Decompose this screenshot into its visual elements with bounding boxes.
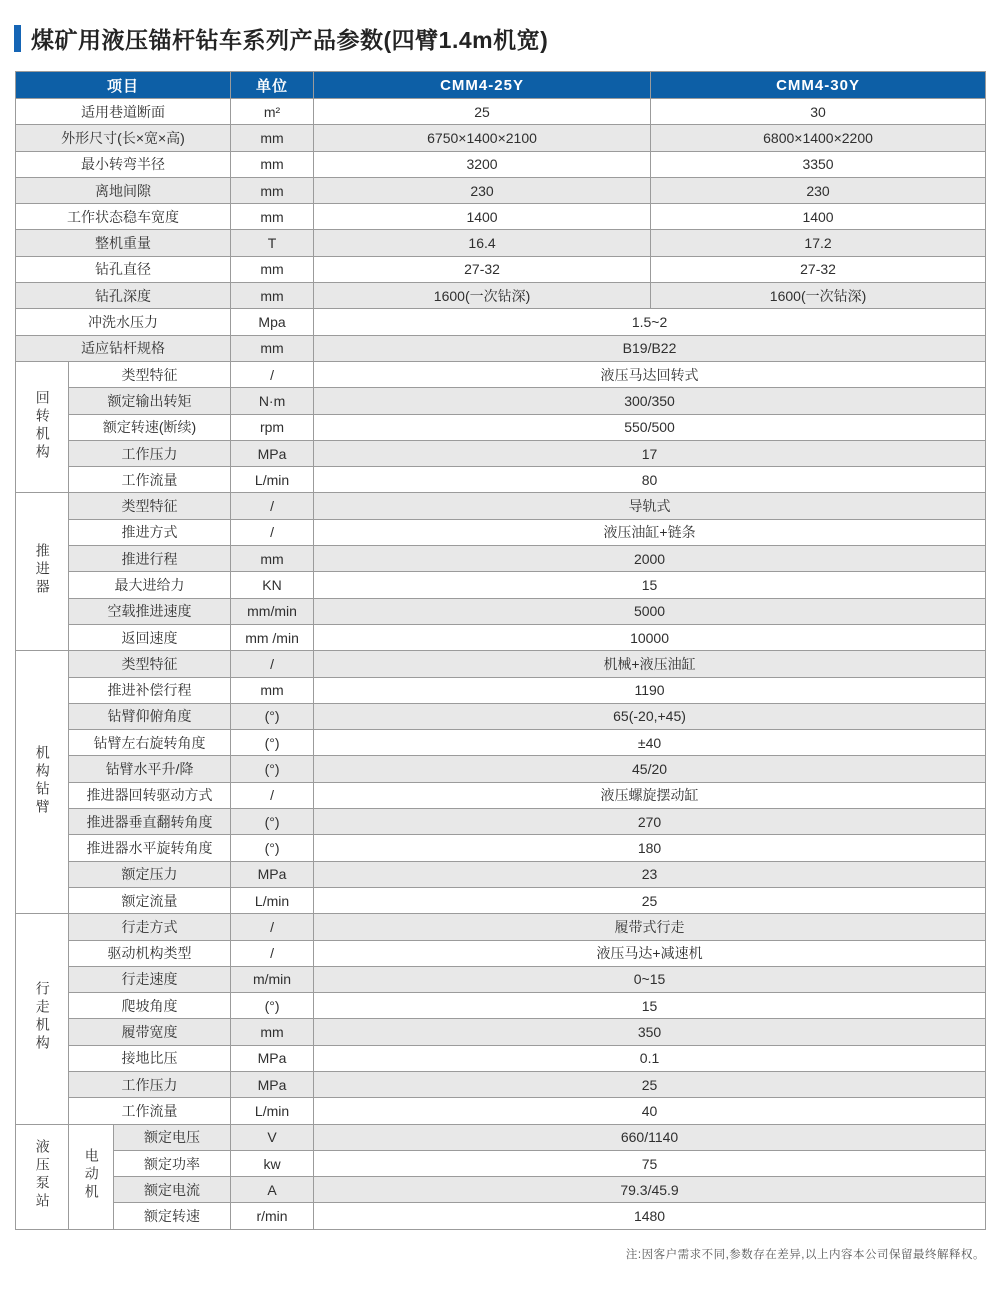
item-cell: 冲洗水压力 [16, 309, 231, 335]
item-cell: 推进行程 [69, 546, 231, 572]
table-row: 接地比压MPa0.1 [16, 1045, 986, 1071]
item-cell: 空载推进速度 [69, 598, 231, 624]
table-row: 推进器回转驱动方式/液压螺旋摆动缸 [16, 782, 986, 808]
unit-cell: (°) [231, 730, 314, 756]
unit-cell: mm [231, 546, 314, 572]
value-cell-merged: 350 [314, 1019, 986, 1045]
unit-cell: L/min [231, 887, 314, 913]
item-cell: 钻臂左右旋转角度 [69, 730, 231, 756]
group-cell: 机构钻臂 [16, 651, 69, 914]
table-row: 钻臂左右旋转角度(°)±40 [16, 730, 986, 756]
value-cell-merged: 25 [314, 1071, 986, 1097]
table-row: 整机重量T16.417.2 [16, 230, 986, 256]
value-cell-merged: 25 [314, 887, 986, 913]
unit-cell: mm/min [231, 598, 314, 624]
table-row: 返回速度mm /min10000 [16, 624, 986, 650]
unit-cell: mm [231, 125, 314, 151]
unit-cell: / [231, 914, 314, 940]
value-cell: 6800×1400×2200 [651, 125, 986, 151]
unit-cell: mm [231, 677, 314, 703]
unit-cell: V [231, 1124, 314, 1150]
unit-cell: m/min [231, 966, 314, 992]
table-row: 离地间隙mm230230 [16, 177, 986, 203]
table-row: 额定转速r/min1480 [16, 1203, 986, 1229]
table-row: 适应钻杆规格mmB19/B22 [16, 335, 986, 361]
value-cell-merged: 270 [314, 809, 986, 835]
item-cell: 整机重量 [16, 230, 231, 256]
table-row: 推进器水平旋转角度(°)180 [16, 835, 986, 861]
item-cell: 推进器回转驱动方式 [69, 782, 231, 808]
value-cell-merged: 660/1140 [314, 1124, 986, 1150]
unit-cell: Mpa [231, 309, 314, 335]
value-cell: 230 [314, 177, 651, 203]
group-cell: 行走机构 [16, 914, 69, 1124]
item-cell: 工作状态稳车宽度 [16, 204, 231, 230]
unit-cell: KN [231, 572, 314, 598]
value-cell-merged: 15 [314, 572, 986, 598]
table-row: 额定电流A79.3/45.9 [16, 1177, 986, 1203]
unit-cell: mm [231, 151, 314, 177]
unit-cell: T [231, 230, 314, 256]
unit-cell: (°) [231, 835, 314, 861]
unit-cell: mm [231, 204, 314, 230]
item-cell: 额定电流 [114, 1177, 231, 1203]
value-cell-merged: 液压油缸+链条 [314, 519, 986, 545]
value-cell: 1600(一次钻深) [651, 283, 986, 309]
item-cell: 钻臂水平升/降 [69, 756, 231, 782]
value-cell-merged: 300/350 [314, 388, 986, 414]
title-accent-bar [14, 25, 21, 52]
table-row: 推进器类型特征/导轨式 [16, 493, 986, 519]
group-cell: 液压泵站 [16, 1124, 69, 1229]
value-cell-merged: 履带式行走 [314, 914, 986, 940]
unit-cell: MPa [231, 1071, 314, 1097]
value-cell: 1400 [314, 204, 651, 230]
header-row: 项目 单位 CMM4-25Y CMM4-30Y [16, 72, 986, 99]
table-row: 行走速度m/min0~15 [16, 966, 986, 992]
item-cell: 类型特征 [69, 651, 231, 677]
subgroup-label: 电动机 [83, 1148, 98, 1202]
group-label: 机构钻臂 [34, 745, 49, 817]
item-cell: 额定功率 [114, 1150, 231, 1176]
value-cell: 6750×1400×2100 [314, 125, 651, 151]
value-cell-merged: 40 [314, 1098, 986, 1124]
col-header-model-cmm4-25y: CMM4-25Y [314, 72, 651, 99]
value-cell-merged: 180 [314, 835, 986, 861]
table-row: 工作压力MPa17 [16, 440, 986, 466]
group-label: 行走机构 [34, 981, 49, 1053]
unit-cell: (°) [231, 703, 314, 729]
item-cell: 钻孔直径 [16, 256, 231, 282]
unit-cell: L/min [231, 467, 314, 493]
table-row: 行走机构行走方式/履带式行走 [16, 914, 986, 940]
group-cell: 推进器 [16, 493, 69, 651]
unit-cell: MPa [231, 1045, 314, 1071]
item-cell: 额定转速(断续) [69, 414, 231, 440]
table-row: 外形尺寸(长×宽×高)mm6750×1400×21006800×1400×220… [16, 125, 986, 151]
unit-cell: mm [231, 1019, 314, 1045]
col-header-model-cmm4-30y: CMM4-30Y [651, 72, 986, 99]
value-cell-merged: 80 [314, 467, 986, 493]
table-row: 适用巷道断面m²2530 [16, 99, 986, 125]
unit-cell: mm /min [231, 624, 314, 650]
value-cell-merged: 17 [314, 440, 986, 466]
unit-cell: (°) [231, 993, 314, 1019]
value-cell-merged: 1480 [314, 1203, 986, 1229]
value-cell-merged: 1.5~2 [314, 309, 986, 335]
item-cell: 推进方式 [69, 519, 231, 545]
table-row: 额定流量L/min25 [16, 887, 986, 913]
subgroup-cell: 电动机 [69, 1124, 114, 1229]
value-cell: 1600(一次钻深) [314, 283, 651, 309]
value-cell-merged: B19/B22 [314, 335, 986, 361]
unit-cell: (°) [231, 756, 314, 782]
unit-cell: (°) [231, 809, 314, 835]
value-cell: 30 [651, 99, 986, 125]
unit-cell: / [231, 940, 314, 966]
item-cell: 工作压力 [69, 1071, 231, 1097]
item-cell: 工作流量 [69, 1098, 231, 1124]
table-row: 工作流量L/min40 [16, 1098, 986, 1124]
unit-cell: rpm [231, 414, 314, 440]
item-cell: 适应钻杆规格 [16, 335, 231, 361]
table-row: 爬坡角度(°)15 [16, 993, 986, 1019]
table-row: 推进补偿行程mm1190 [16, 677, 986, 703]
item-cell: 返回速度 [69, 624, 231, 650]
value-cell-merged: 液压马达+减速机 [314, 940, 986, 966]
unit-cell: m² [231, 99, 314, 125]
table-row: 钻孔直径mm27-3227-32 [16, 256, 986, 282]
table-row: 额定压力MPa23 [16, 861, 986, 887]
item-cell: 额定流量 [69, 887, 231, 913]
unit-cell: kw [231, 1150, 314, 1176]
table-row: 工作状态稳车宽度mm14001400 [16, 204, 986, 230]
value-cell-merged: 液压马达回转式 [314, 361, 986, 387]
table-row: 工作流量L/min80 [16, 467, 986, 493]
item-cell: 推进器水平旋转角度 [69, 835, 231, 861]
table-row: 最小转弯半径mm32003350 [16, 151, 986, 177]
col-header-unit: 单位 [231, 72, 314, 99]
value-cell-merged: ±40 [314, 730, 986, 756]
unit-cell: / [231, 519, 314, 545]
value-cell: 3200 [314, 151, 651, 177]
item-cell: 外形尺寸(长×宽×高) [16, 125, 231, 151]
unit-cell: MPa [231, 861, 314, 887]
value-cell: 27-32 [651, 256, 986, 282]
value-cell-merged: 机械+液压油缸 [314, 651, 986, 677]
page-title: 煤矿用液压锚杆钻车系列产品参数(四臂1.4m机宽) [31, 22, 548, 55]
table-row: 机构钻臂类型特征/机械+液压油缸 [16, 651, 986, 677]
unit-cell: mm [231, 177, 314, 203]
item-cell: 最大进给力 [69, 572, 231, 598]
value-cell: 27-32 [314, 256, 651, 282]
value-cell: 1400 [651, 204, 986, 230]
value-cell-merged: 液压螺旋摆动缸 [314, 782, 986, 808]
spec-table: 项目 单位 CMM4-25Y CMM4-30Y 适用巷道断面m²2530外形尺寸… [15, 71, 986, 1230]
page: 煤矿用液压锚杆钻车系列产品参数(四臂1.4m机宽) 项目 单位 CMM4-25Y… [0, 0, 1000, 1262]
unit-cell: N·m [231, 388, 314, 414]
item-cell: 钻孔深度 [16, 283, 231, 309]
item-cell: 类型特征 [69, 361, 231, 387]
unit-cell: / [231, 651, 314, 677]
value-cell: 230 [651, 177, 986, 203]
value-cell-merged: 45/20 [314, 756, 986, 782]
unit-cell: / [231, 361, 314, 387]
value-cell-merged: 65(-20,+45) [314, 703, 986, 729]
item-cell: 行走方式 [69, 914, 231, 940]
group-cell: 回转机构 [16, 361, 69, 492]
value-cell-merged: 0~15 [314, 966, 986, 992]
value-cell-merged: 0.1 [314, 1045, 986, 1071]
item-cell: 类型特征 [69, 493, 231, 519]
group-label: 液压泵站 [34, 1139, 49, 1211]
table-row: 驱动机构类型/液压马达+减速机 [16, 940, 986, 966]
table-row: 冲洗水压力Mpa1.5~2 [16, 309, 986, 335]
table-row: 最大进给力KN15 [16, 572, 986, 598]
item-cell: 额定输出转矩 [69, 388, 231, 414]
value-cell: 16.4 [314, 230, 651, 256]
unit-cell: mm [231, 283, 314, 309]
value-cell: 17.2 [651, 230, 986, 256]
value-cell-merged: 5000 [314, 598, 986, 624]
item-cell: 工作压力 [69, 440, 231, 466]
unit-cell: mm [231, 256, 314, 282]
item-cell: 推进补偿行程 [69, 677, 231, 703]
value-cell-merged: 550/500 [314, 414, 986, 440]
item-cell: 离地间隙 [16, 177, 231, 203]
unit-cell: A [231, 1177, 314, 1203]
table-row: 液压泵站电动机额定电压V660/1140 [16, 1124, 986, 1150]
unit-cell: / [231, 493, 314, 519]
group-label: 推进器 [34, 543, 49, 597]
item-cell: 驱动机构类型 [69, 940, 231, 966]
table-row: 钻臂水平升/降(°)45/20 [16, 756, 986, 782]
footnote: 注:因客户需求不同,参数存在差异,以上内容本公司保留最终解释权。 [0, 1246, 985, 1262]
table-row: 回转机构类型特征/液压马达回转式 [16, 361, 986, 387]
value-cell-merged: 23 [314, 861, 986, 887]
table-row: 推进方式/液压油缸+链条 [16, 519, 986, 545]
table-row: 钻孔深度mm1600(一次钻深)1600(一次钻深) [16, 283, 986, 309]
unit-cell: r/min [231, 1203, 314, 1229]
item-cell: 履带宽度 [69, 1019, 231, 1045]
page-title-row: 煤矿用液压锚杆钻车系列产品参数(四臂1.4m机宽) [0, 0, 1000, 55]
table-row: 额定功率kw75 [16, 1150, 986, 1176]
item-cell: 爬坡角度 [69, 993, 231, 1019]
item-cell: 额定转速 [114, 1203, 231, 1229]
value-cell-merged: 75 [314, 1150, 986, 1176]
item-cell: 工作流量 [69, 467, 231, 493]
group-label: 回转机构 [34, 390, 49, 462]
item-cell: 最小转弯半径 [16, 151, 231, 177]
table-row: 推进行程mm2000 [16, 546, 986, 572]
item-cell: 行走速度 [69, 966, 231, 992]
item-cell: 额定电压 [114, 1124, 231, 1150]
value-cell-merged: 15 [314, 993, 986, 1019]
unit-cell: L/min [231, 1098, 314, 1124]
col-header-item: 项目 [16, 72, 231, 99]
item-cell: 接地比压 [69, 1045, 231, 1071]
table-row: 工作压力MPa25 [16, 1071, 986, 1097]
value-cell: 3350 [651, 151, 986, 177]
unit-cell: MPa [231, 440, 314, 466]
value-cell-merged: 导轨式 [314, 493, 986, 519]
value-cell-merged: 10000 [314, 624, 986, 650]
unit-cell: mm [231, 335, 314, 361]
item-cell: 适用巷道断面 [16, 99, 231, 125]
value-cell-merged: 2000 [314, 546, 986, 572]
table-row: 钻臂仰俯角度(°)65(-20,+45) [16, 703, 986, 729]
table-row: 额定转速(断续)rpm550/500 [16, 414, 986, 440]
table-row: 推进器垂直翻转角度(°)270 [16, 809, 986, 835]
table-row: 空载推进速度mm/min5000 [16, 598, 986, 624]
item-cell: 额定压力 [69, 861, 231, 887]
value-cell-merged: 79.3/45.9 [314, 1177, 986, 1203]
unit-cell: / [231, 782, 314, 808]
item-cell: 推进器垂直翻转角度 [69, 809, 231, 835]
spec-table-body: 适用巷道断面m²2530外形尺寸(长×宽×高)mm6750×1400×21006… [16, 99, 986, 1230]
table-row: 额定输出转矩N·m300/350 [16, 388, 986, 414]
value-cell: 25 [314, 99, 651, 125]
value-cell-merged: 1190 [314, 677, 986, 703]
table-row: 履带宽度mm350 [16, 1019, 986, 1045]
item-cell: 钻臂仰俯角度 [69, 703, 231, 729]
